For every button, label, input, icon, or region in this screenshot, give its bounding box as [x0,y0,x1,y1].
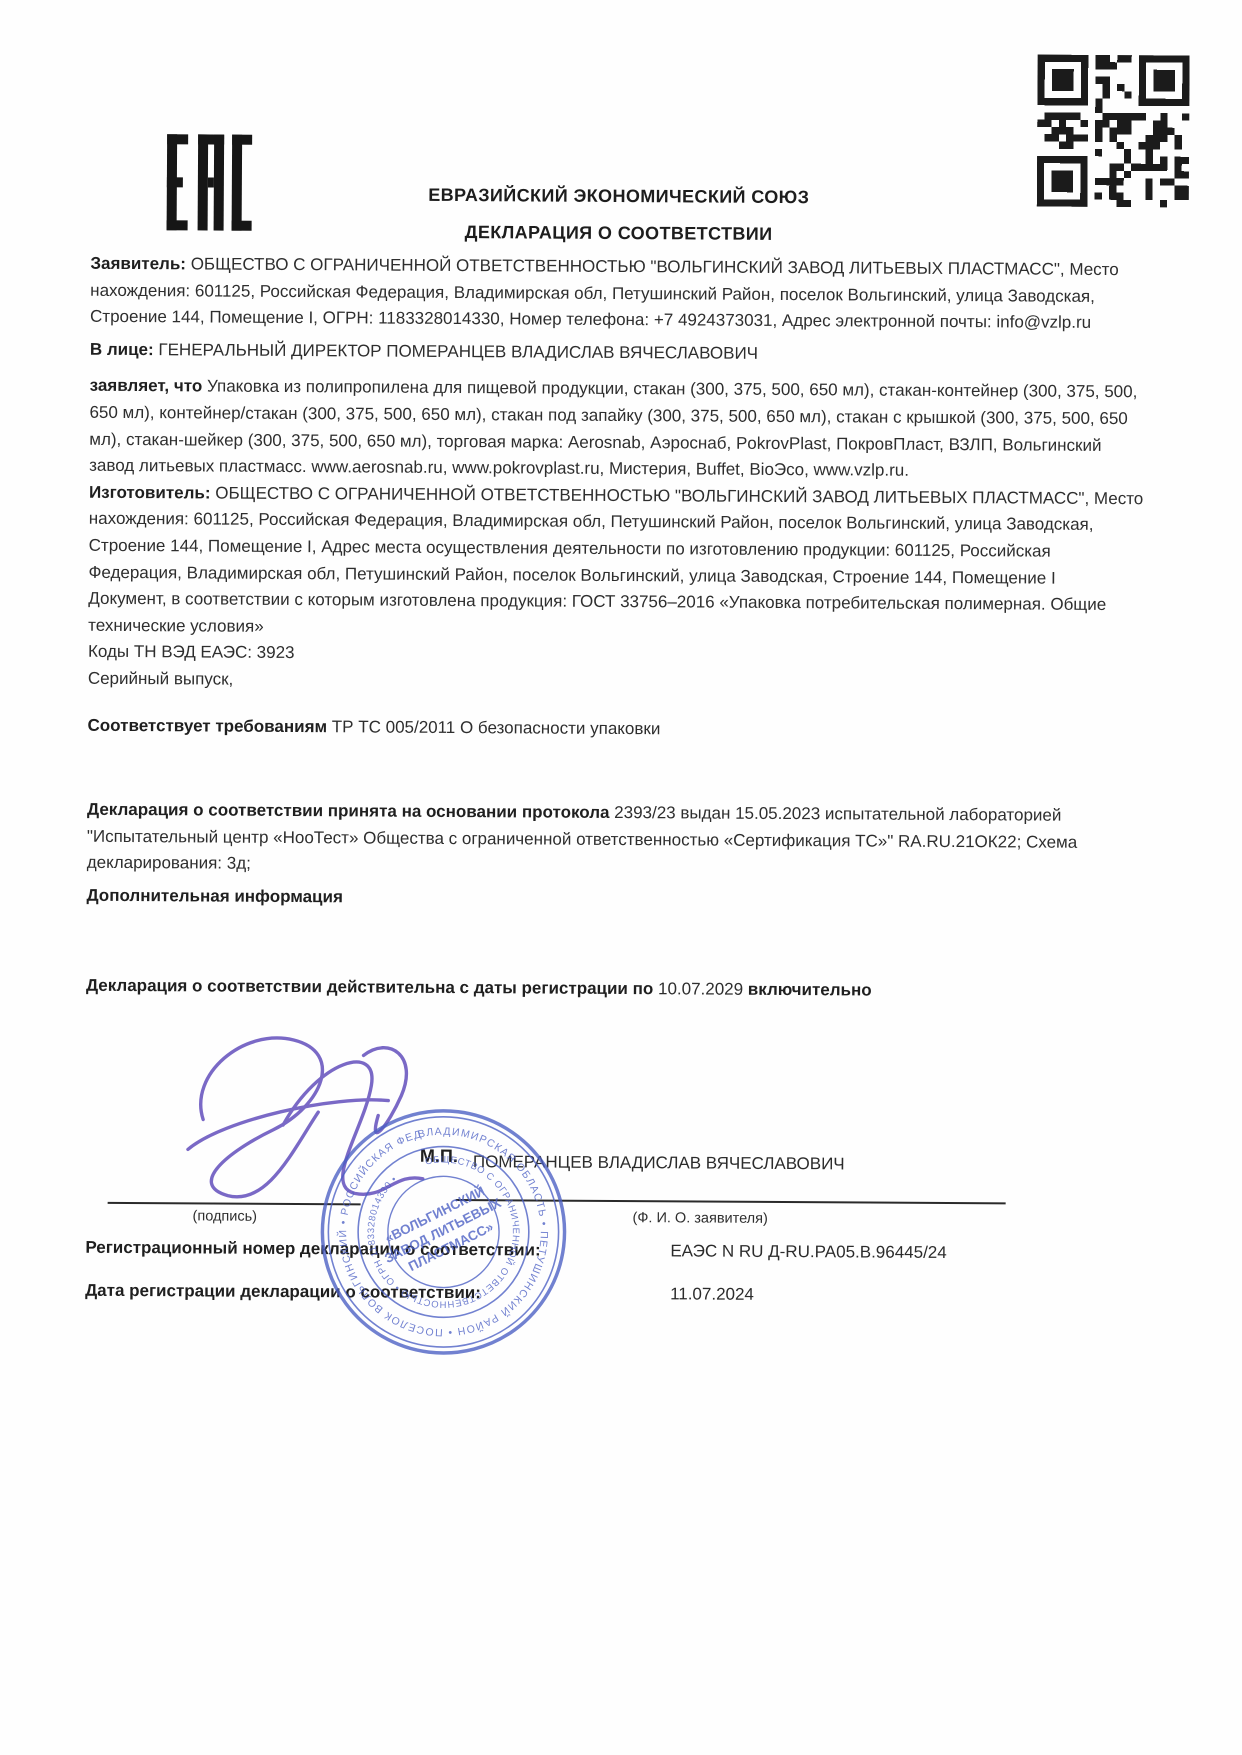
scanned-sheet: ЕВРАЗИЙСКИЙ ЭКОНОМИЧЕСКИЙ СОЮЗ ДЕКЛАРАЦИ… [0,0,1242,1755]
conformity-text: ТР ТС 005/2011 О безопасности упаковки [327,717,660,738]
person-paragraph: В лице: ГЕНЕРАЛЬНЫЙ ДИРЕКТОР ПОМЕРАНЦЕВ … [90,337,1150,370]
company-stamp: ВЛАДИМИРСКАЯ ОБЛАСТЬ • ПЕТУШИНСКИЙ РАЙОН… [314,1102,574,1362]
serial-line: Серийный выпуск, [88,666,1148,699]
declaration-page: ЕВРАЗИЙСКИЙ ЭКОНОМИЧЕСКИЙ СОЮЗ ДЕКЛАРАЦИ… [0,0,1242,1755]
applicant-text: ОБЩЕСТВО С ОГРАНИЧЕННОЙ ОТВЕТСТВЕННОСТЬЮ… [90,254,1119,332]
manufacturer-paragraph: Изготовитель: ОБЩЕСТВО С ОГРАНИЧЕННОЙ ОТ… [88,480,1149,593]
applicant-paragraph: Заявитель: ОБЩЕСТВО С ОГРАНИЧЕННОЙ ОТВЕТ… [90,251,1150,337]
qr-code-icon [1037,55,1190,208]
validity-suffix: включительно [748,980,872,1000]
validity-date: 10.07.2029 [653,980,748,1000]
reg-date-value: 11.07.2024 [670,1284,754,1305]
declares-label: заявляет, что [90,376,203,396]
spacer [87,739,1147,803]
validity-label: Декларация о соответствии действительна … [86,976,653,998]
person-text: ГЕНЕРАЛЬНЫЙ ДИРЕКТОР ПОМЕРАНЦЕВ ВЛАДИСЛА… [154,340,758,363]
declares-text: Упаковка из полипропилена для пищевой пр… [89,377,1137,480]
declaration-body: Заявитель: ОБЩЕСТВО С ОГРАНИЧЕННОЙ ОТВЕТ… [86,251,1151,1007]
manufacturer-text: ОБЩЕСТВО С ОГРАНИЧЕННОЙ ОТВЕТСТВЕННОСТЬЮ… [88,483,1143,587]
conformity-label: Соответствует требованиям [88,715,328,735]
reg-number-value: ЕАЭС N RU Д-RU.РА05.В.96445/24 [670,1241,947,1263]
basis-paragraph: Декларация о соответствии принята на осн… [87,797,1147,883]
spacer [86,909,1146,979]
doc-title: ДЕКЛАРАЦИЯ О СООТВЕТСТВИИ [89,220,1149,247]
manufacturer-label: Изготовитель: [89,483,211,503]
basis-label: Декларация о соответствии принята на осн… [87,800,610,822]
declares-paragraph: заявляет, что Упаковка из полипропилена … [89,373,1150,486]
applicant-label: Заявитель: [90,254,186,274]
name-caption: (Ф. И. О. заявителя) [633,1210,768,1227]
person-label: В лице: [90,340,154,359]
product-document-line: Документ, в соответствии с которым изгот… [88,586,1148,646]
